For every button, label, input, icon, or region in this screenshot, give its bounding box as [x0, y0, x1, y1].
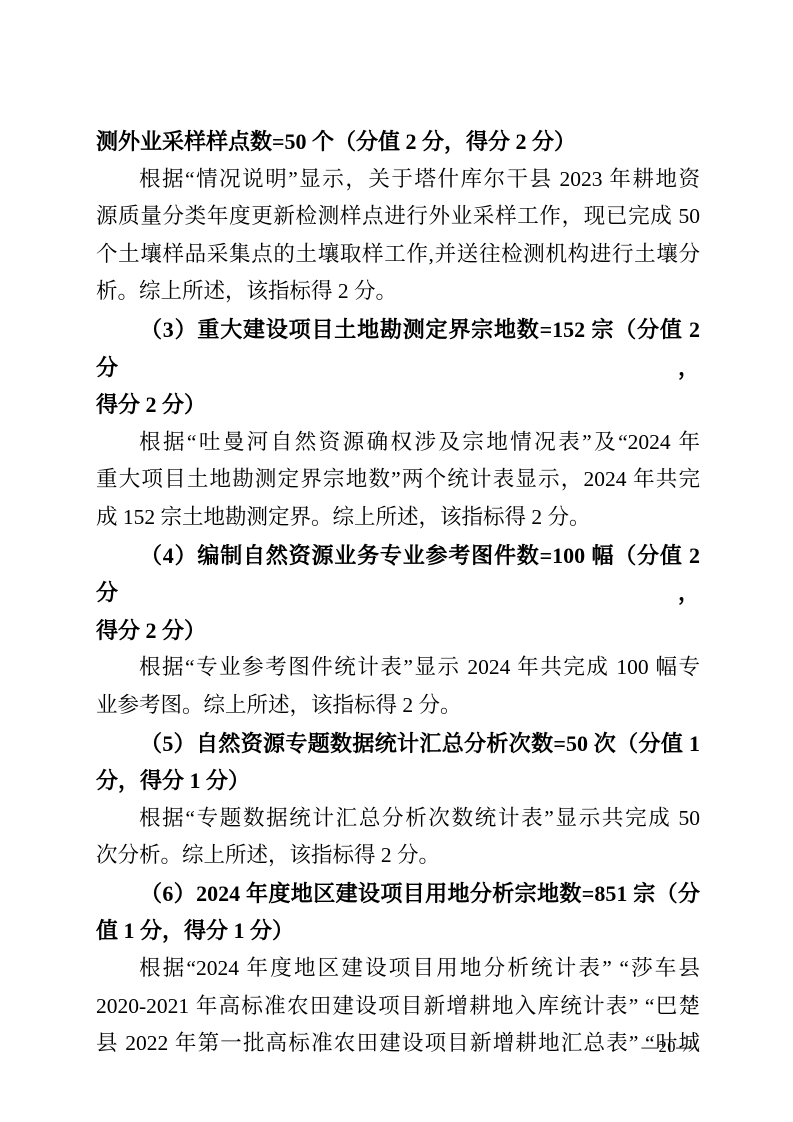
text-line: （3）重大建设项目土地勘测定界宗地数=152 宗（分值 2 分， — [96, 311, 700, 386]
document-page: 测外业采样样点数=50 个（分值 2 分，得分 2 分）根据“情况说明”显示，关… — [0, 0, 793, 1122]
text-line: 根据“专题数据统计汇总分析次数统计表”显示共完成 50 — [96, 800, 700, 838]
text-line: 分，得分 1 分） — [96, 762, 700, 800]
text-line: 值 1 分，得分 1 分） — [96, 912, 700, 950]
text-line: 得分 2 分） — [96, 386, 700, 424]
text-line: 根据“吐曼河自然资源确权涉及宗地情况表”及“2024 年 — [96, 424, 700, 462]
text-line: 业参考图。综上所述，该指标得 2 分。 — [96, 687, 700, 725]
text-line: 析。综上所述，该指标得 2 分。 — [96, 273, 700, 311]
text-line: 源质量分类年度更新检测样点进行外业采样工作，现已完成 50 — [96, 198, 700, 236]
text-line: （4）编制自然资源业务专业参考图件数=100 幅（分值 2 分， — [96, 537, 700, 612]
text-line: 次分析。综上所述，该指标得 2 分。 — [96, 837, 700, 875]
text-line: 根据“专业参考图件统计表”显示 2024 年共完成 100 幅专 — [96, 649, 700, 687]
text-line: 重大项目土地勘测定界宗地数”两个统计表显示，2024 年共完 — [96, 461, 700, 499]
text-line: （5）自然资源专题数据统计汇总分析次数=50 次（分值 1 — [96, 725, 700, 763]
text-line: 县 2022 年第一批高标准农田建设项目新增耕地汇总表” “叶城 — [96, 1025, 700, 1063]
page-number: —20— — [642, 1036, 694, 1058]
text-line: （6）2024 年度地区建设项目用地分析宗地数=851 宗（分 — [96, 875, 700, 913]
text-line: 个土壤样品采集点的土壤取样工作,并送往检测机构进行土壤分 — [96, 236, 700, 274]
text-line: 根据“情况说明”显示，关于塔什库尔干县 2023 年耕地资 — [96, 161, 700, 199]
text-line: 2020-2021 年高标准农田建设项目新增耕地入库统计表” “巴楚 — [96, 988, 700, 1026]
text-line: 测外业采样样点数=50 个（分值 2 分，得分 2 分） — [96, 123, 700, 161]
text-line: 根据“2024 年度地区建设项目用地分析统计表” “莎车县 — [96, 950, 700, 988]
document-lines: 测外业采样样点数=50 个（分值 2 分，得分 2 分）根据“情况说明”显示，关… — [96, 123, 700, 1063]
text-line: 得分 2 分） — [96, 612, 700, 650]
text-line: 成 152 宗土地勘测定界。综上所述，该指标得 2 分。 — [96, 499, 700, 537]
